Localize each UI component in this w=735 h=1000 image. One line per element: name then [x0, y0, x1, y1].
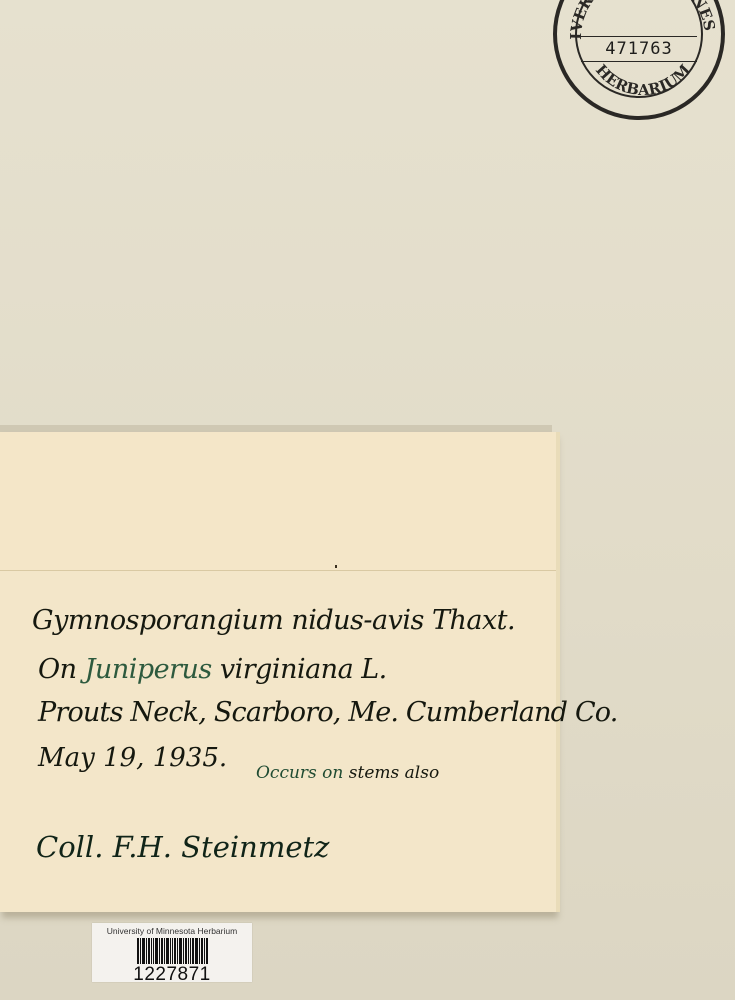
- host-genus: Juniperus: [85, 654, 212, 685]
- envelope-edge: [556, 432, 560, 912]
- barcode-number: 1227871: [92, 965, 252, 984]
- habitat-note: Occurs on stems also: [256, 763, 439, 783]
- note-black: stems also: [343, 763, 439, 783]
- host-prefix: On: [38, 654, 85, 685]
- barcode-label: University of Minnesota Herbarium 122787…: [92, 923, 252, 982]
- taxon-name: Gymnosporangium nidus-avis Thaxt.: [32, 605, 515, 636]
- barcode-icon: [124, 938, 220, 964]
- host-line: On Juniperus virginiana L.: [38, 654, 387, 685]
- locality: Prouts Neck, Scarboro, Me. Cumberland Co…: [38, 697, 618, 728]
- collection-date: May 19, 1935.: [38, 743, 227, 773]
- flap-mark: [335, 565, 337, 568]
- collector-signature: Coll. F.H. Steinmetz: [36, 830, 329, 864]
- label-title: University of Minnesota Herbarium: [92, 926, 252, 936]
- herbarium-stamp: UNIVERSITY OF MINNESOTA HERBARIUM 471763: [553, 0, 725, 120]
- note-green: Occurs on: [256, 763, 343, 783]
- envelope-flap[interactable]: [0, 432, 556, 571]
- accession-number: 471763: [581, 36, 697, 62]
- host-species: virginiana L.: [212, 654, 387, 685]
